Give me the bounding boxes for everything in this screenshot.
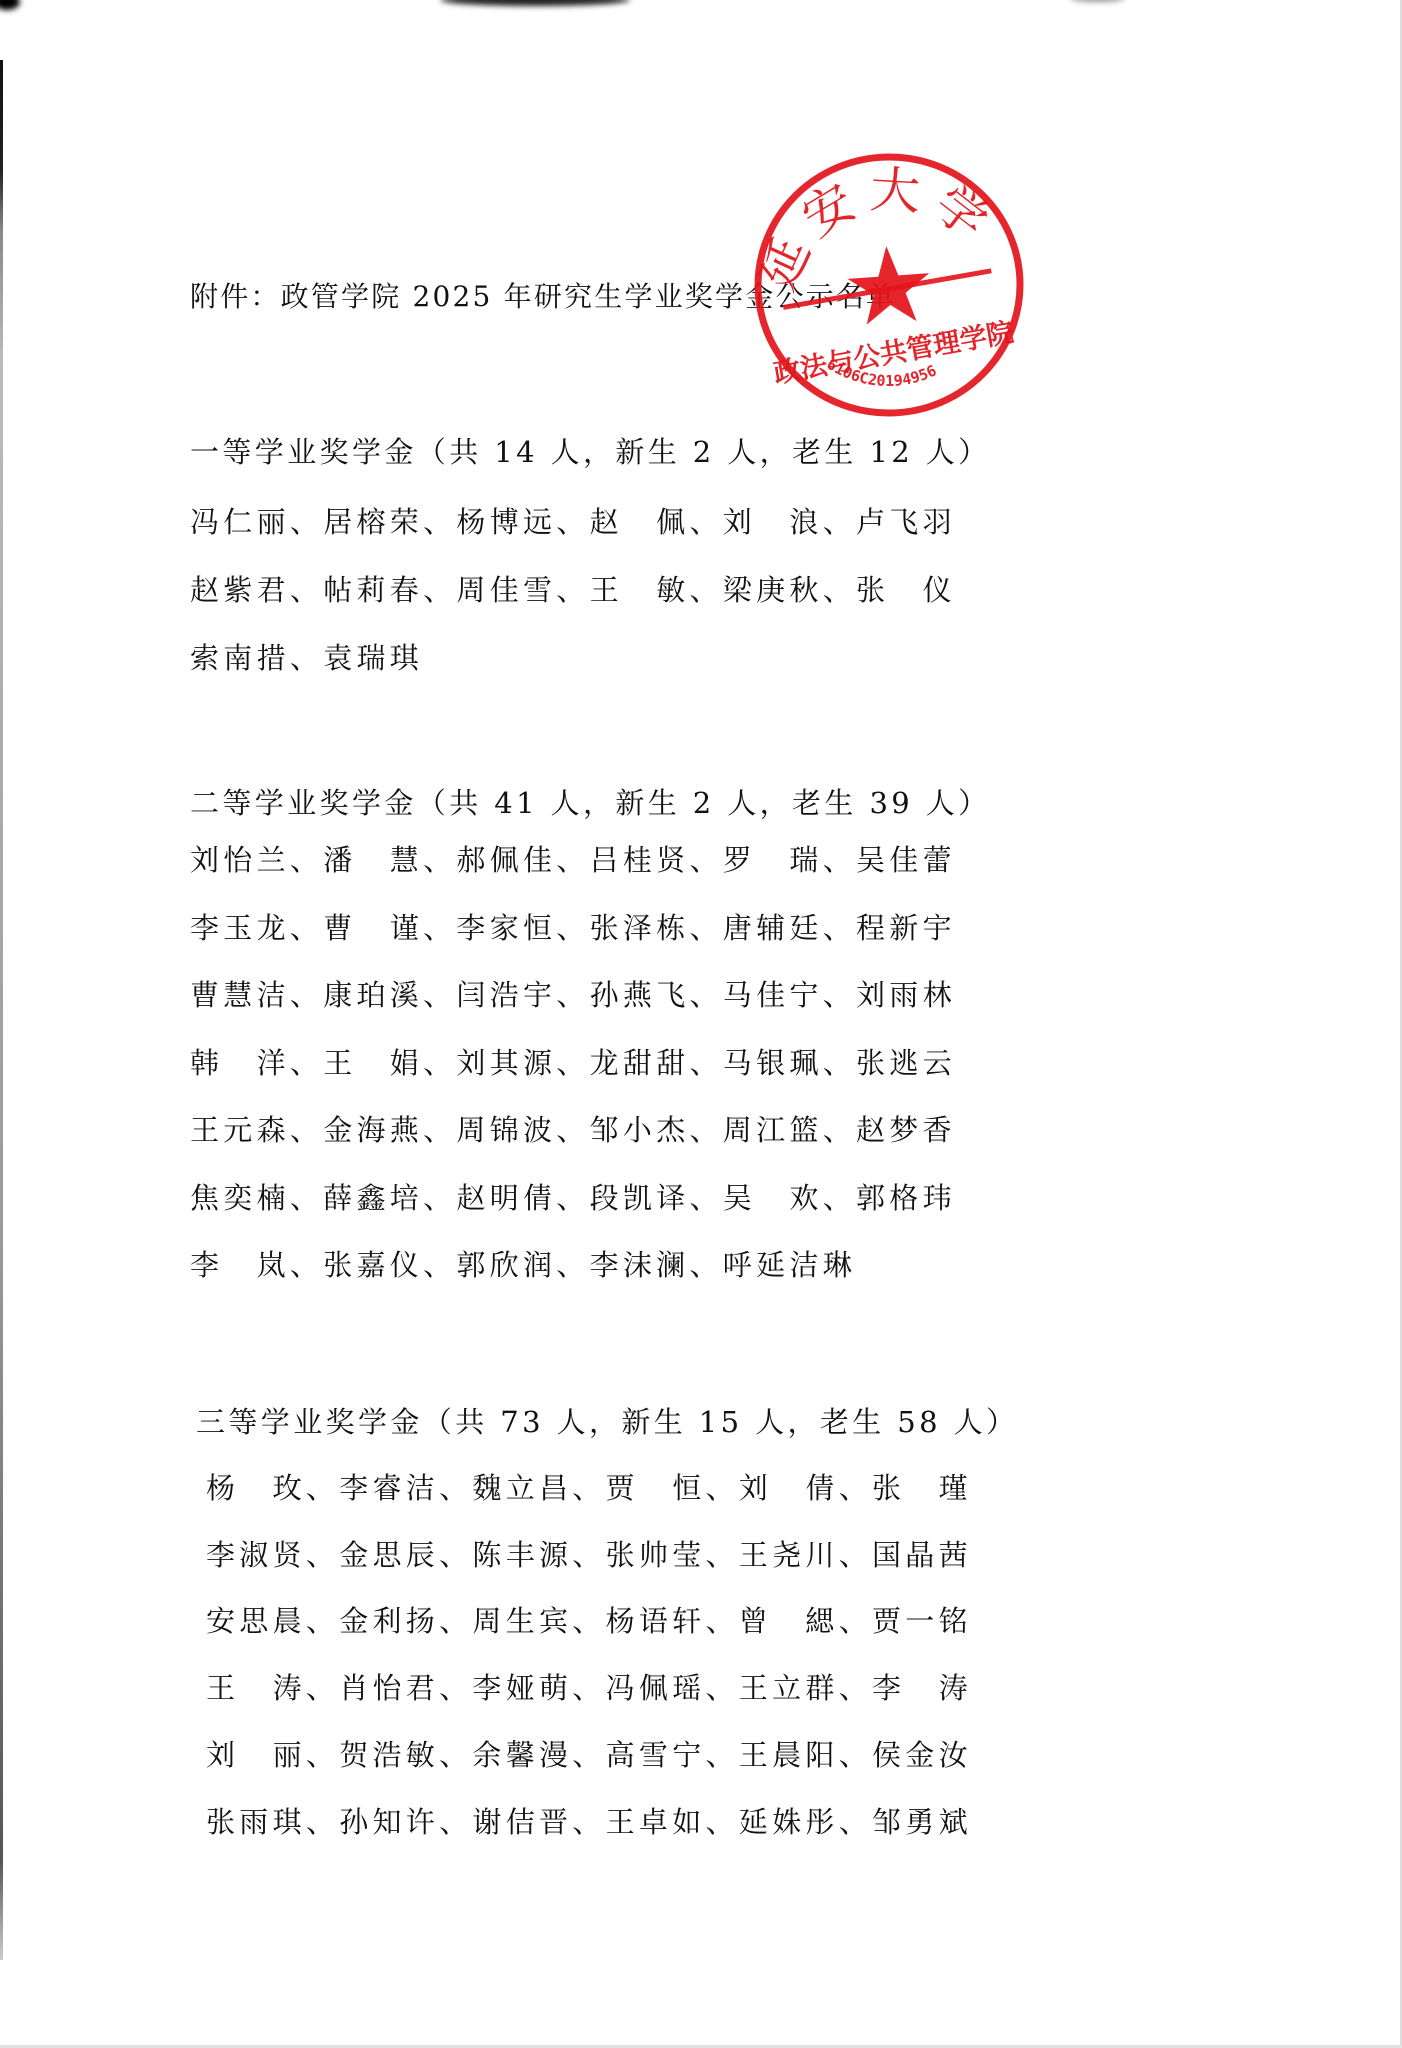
name-row: 刘怡兰、潘 慧、郝佩佳、吕桂贤、罗 瑞、吴佳蕾 — [190, 842, 956, 878]
name-row: 王 涛、肖怡君、李娅萌、冯佩瑶、王立群、李 涛 — [206, 1670, 972, 1706]
scan-smudge — [0, 0, 20, 10]
name-row: 李淑贤、金思辰、陈丰源、张帅莹、王尧川、国晶茜 — [206, 1537, 972, 1573]
scan-smudge — [1070, 0, 1125, 2]
section-heading-first-class: 一等学业奖学金（共 14 人，新生 2 人，老生 12 人） — [190, 434, 991, 470]
name-row: 曹慧洁、康珀溪、闫浩宇、孙燕飞、马佳宁、刘雨林 — [190, 977, 956, 1013]
name-row: 王元森、金海燕、周锦波、邹小杰、周江篮、赵梦香 — [190, 1112, 956, 1148]
name-row: 冯仁丽、居榕荣、杨博远、赵 佩、刘 浪、卢飞羽 — [190, 504, 956, 540]
name-row: 杨 玫、李睿洁、魏立昌、贾 恒、刘 倩、张 瑾 — [206, 1470, 972, 1506]
section-heading-second-class: 二等学业奖学金（共 41 人，新生 2 人，老生 39 人） — [190, 785, 991, 821]
name-row: 李 岚、张嘉仪、郭欣润、李沫澜、呼延洁琳 — [190, 1247, 856, 1283]
scan-smudge — [440, 0, 630, 6]
seal-center-text: 政法与公共管理学院 — [771, 316, 1016, 390]
section-heading-third-class: 三等学业奖学金（共 73 人，新生 15 人，老生 58 人） — [196, 1404, 1018, 1440]
name-row: 焦奕楠、薛鑫培、赵明倩、段凯译、吴 欢、郭格玮 — [190, 1180, 956, 1216]
scanned-document-page: 附件：政管学院 2025 年研究生学业奖学金公示名单 一等学业奖学金（共 14 … — [0, 0, 1402, 2048]
scan-left-edge — [0, 60, 3, 1960]
name-row: 张雨琪、孙知许、谢佶晋、王卓如、延姝彤、邹勇斌 — [206, 1804, 972, 1840]
seal-code-text: 6106C20194956 — [822, 348, 939, 395]
name-row: 赵紫君、帖莉春、周佳雪、王 敏、梁庚秋、张 仪 — [190, 572, 956, 608]
document-title: 附件：政管学院 2025 年研究生学业奖学金公示名单 — [190, 279, 896, 315]
name-row: 安思晨、金利扬、周生宾、杨语轩、曾 緦、贾一铭 — [206, 1603, 972, 1639]
name-row: 韩 洋、王 娟、刘其源、龙甜甜、马银珮、张逃云 — [190, 1045, 956, 1081]
name-row: 李玉龙、曹 谨、李家恒、张泽栋、唐辅廷、程新宇 — [190, 910, 956, 946]
name-row: 索南措、袁瑞琪 — [190, 640, 423, 676]
name-row: 刘 丽、贺浩敏、余馨漫、高雪宁、王晨阳、侯金汝 — [206, 1737, 972, 1773]
